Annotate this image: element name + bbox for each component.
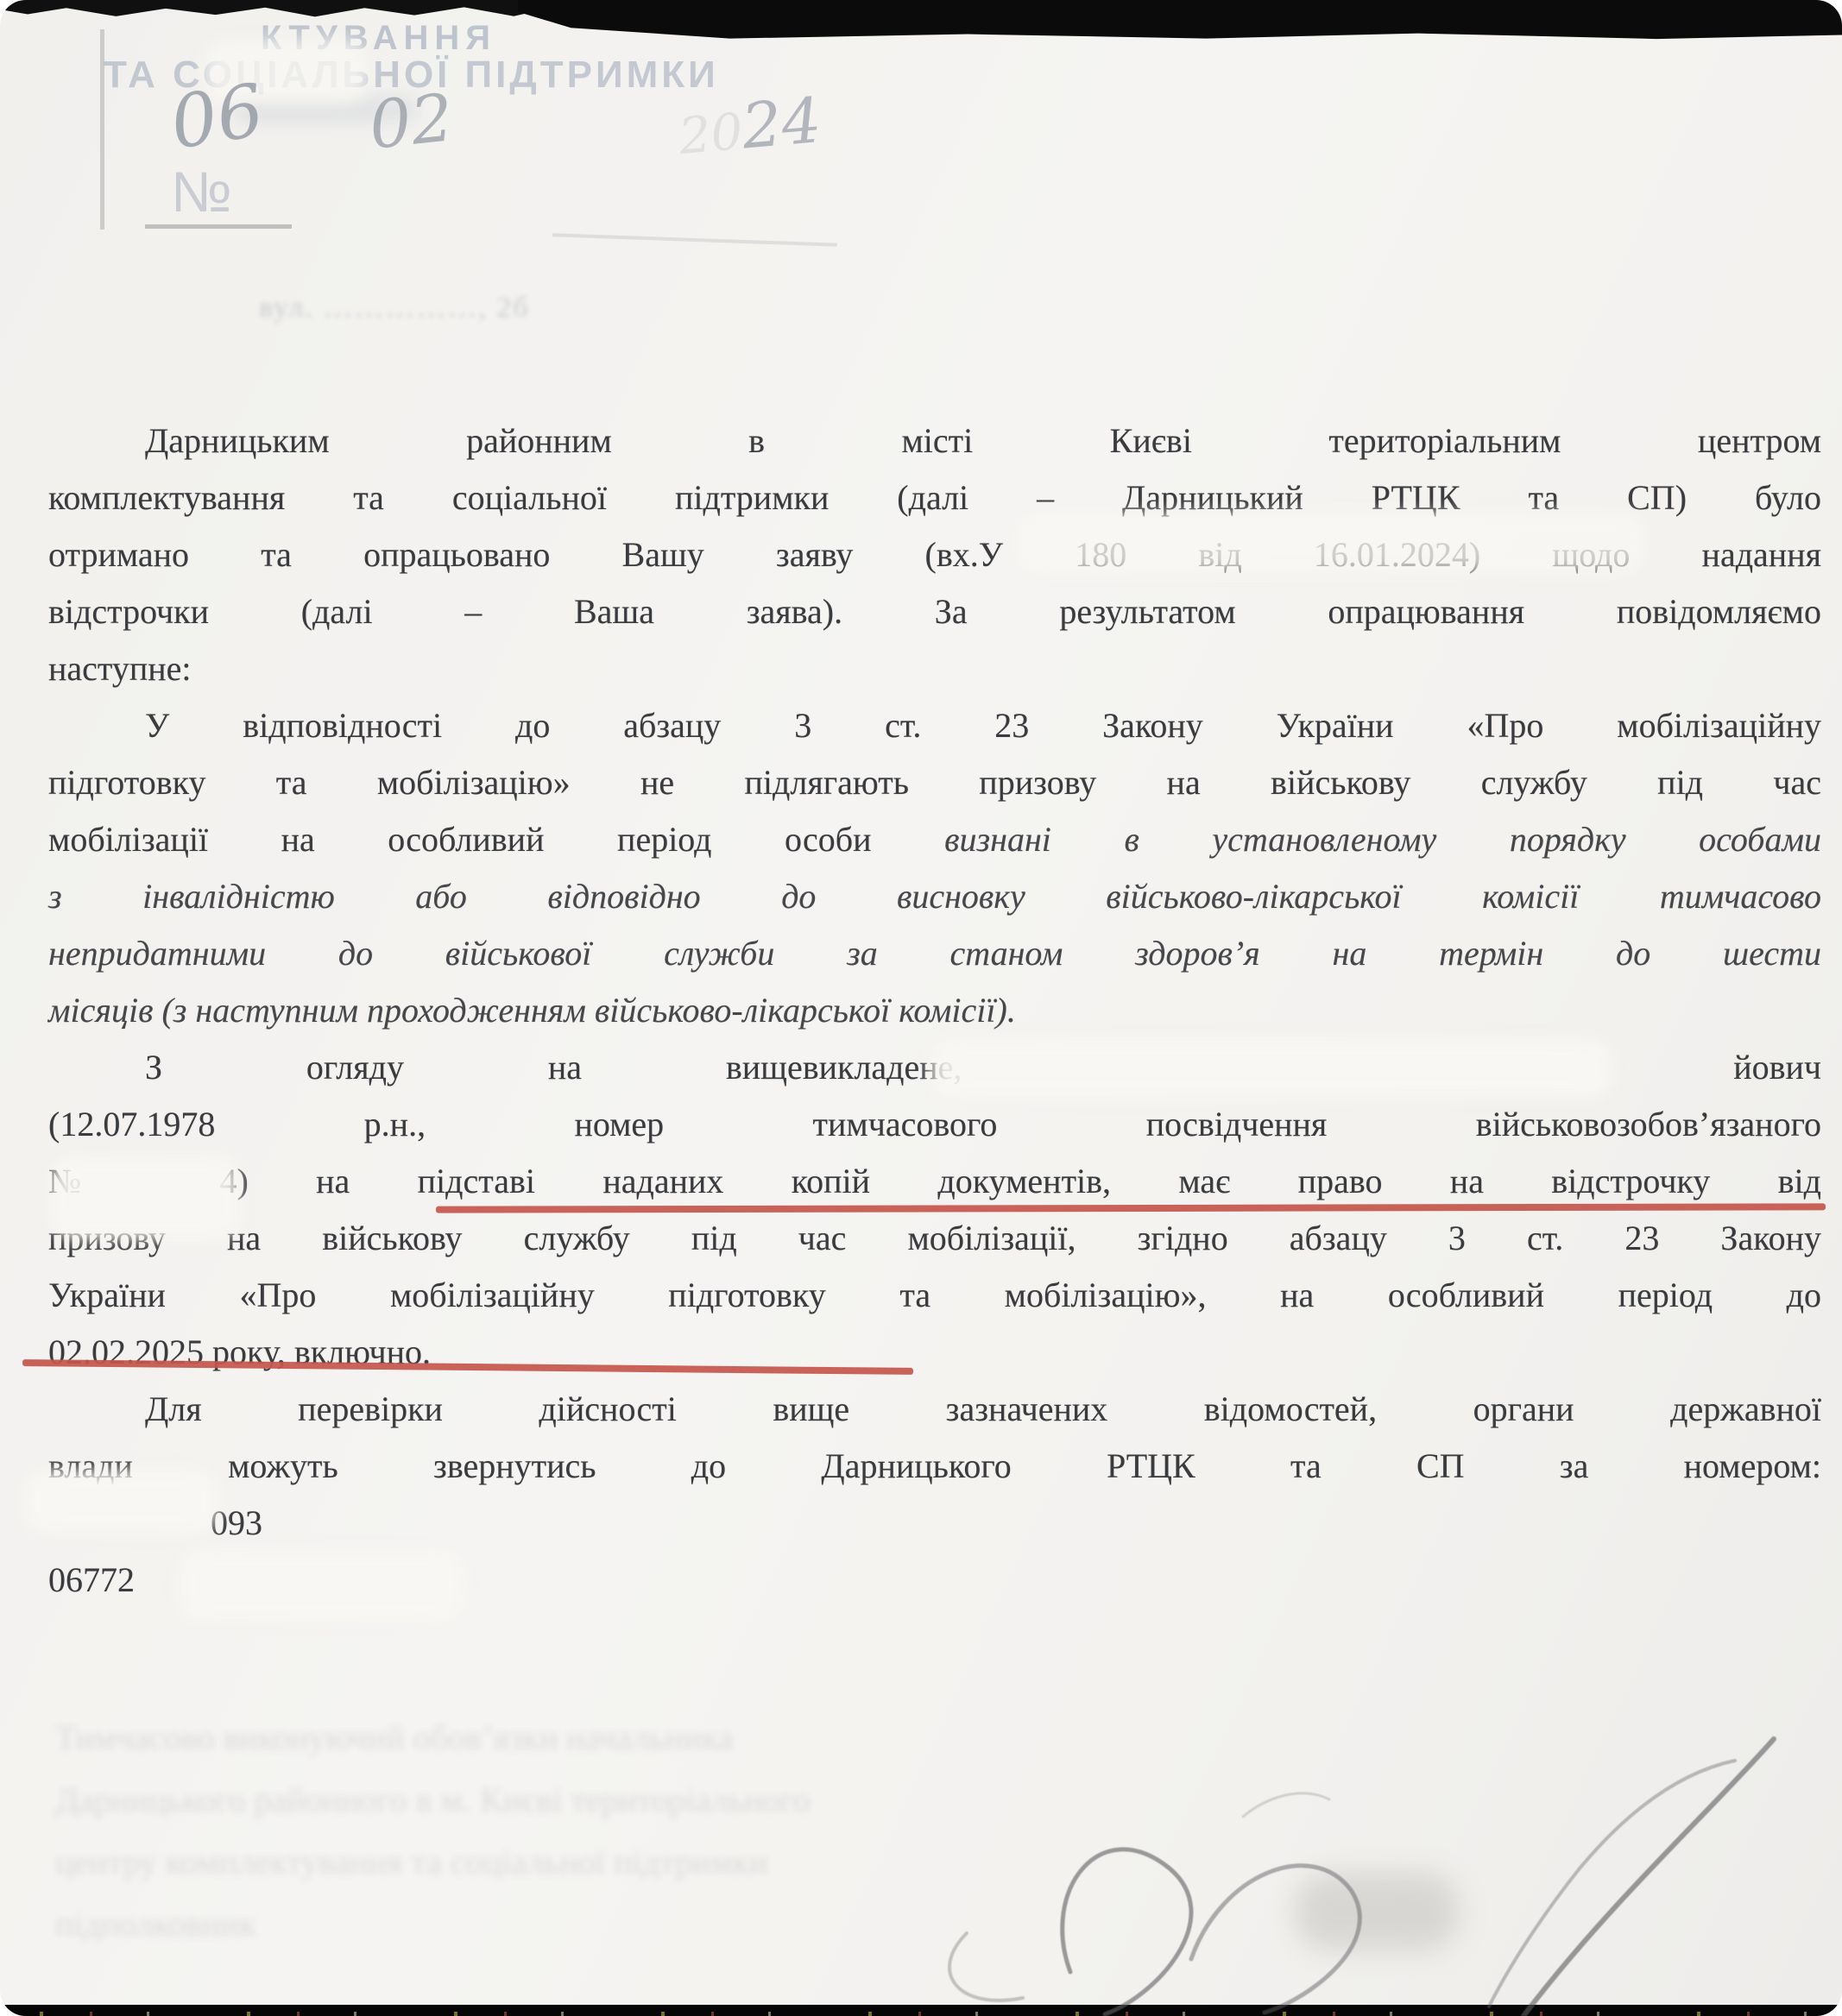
deferral-date-line: 02.02.2025 року, включно. — [48, 1324, 1821, 1381]
body-line: України «Про мобілізаційну підготовку та… — [48, 1267, 1821, 1324]
stamp-underline-2 — [552, 233, 837, 247]
handwritten-day: 06 — [165, 67, 269, 166]
letter-body: Дарницьким районним в місті Києві терито… — [48, 413, 1821, 1609]
body-segment: 4) на підставі наданих копій документів,… — [220, 1162, 1822, 1200]
phone-digits-visible: 093 — [211, 1503, 262, 1542]
redaction-smudge-phone1 — [24, 1471, 218, 1533]
redaction-smudge-certificate — [50, 1156, 240, 1239]
body-line: Для перевірки дійсності вище зазначених … — [48, 1381, 1821, 1438]
body-line: призову на військову службу під час мобі… — [48, 1210, 1821, 1267]
body-line: Дарницьким районним в місті Києві терито… — [48, 413, 1821, 469]
torn-top-edge-right — [518, 0, 1842, 40]
handwritten-year: 2024 — [676, 84, 824, 168]
document-number-label: № — [171, 159, 232, 224]
body-segment: мобілізації на особливий період особи — [48, 820, 872, 859]
signature — [708, 1713, 1804, 2016]
surname-suffix-visible: йович — [1733, 1048, 1821, 1087]
body-line: №4) на підставі наданих копій документів… — [48, 1153, 1821, 1210]
body-line-italic: непридатними до військової служби за ста… — [48, 925, 1821, 982]
printed-year-prefix: 20 — [677, 102, 745, 166]
letterhead-address-faint: вул. ……………, 2б — [259, 292, 530, 324]
body-line: влади можуть звернутись до Дарницького Р… — [48, 1438, 1821, 1495]
stamp-underline — [145, 224, 292, 229]
body-segment-italic: визнані в установленому порядку особами — [944, 820, 1821, 859]
handwritten-year-digits: 24 — [739, 84, 824, 163]
body-line: У відповідності до абзацу 3 ст. 23 Закон… — [48, 697, 1821, 754]
body-line-italic: з інвалідністю або відповідно до висновк… — [48, 868, 1821, 925]
body-line: мобілізації на особливий період особи ви… — [48, 811, 1821, 868]
body-segment: отримано та опрацьовано Вашу заяву (вх.У — [48, 535, 1003, 574]
redaction-smudge-phone2 — [180, 1550, 464, 1621]
body-line: (12.07.1978 р.н., номер тимчасового посв… — [48, 1096, 1821, 1153]
torn-top-edge-left — [0, 0, 552, 19]
body-line: відстрочки (далі – Ваша заява). За резул… — [48, 583, 1821, 640]
handwritten-month: 02 — [366, 79, 457, 164]
redaction-smudge-name — [930, 1039, 1612, 1098]
phone-line-1: 093 — [48, 1495, 1821, 1552]
scanned-document-photo: КТУВАННЯ ТА СОЦІАЛЬНОЇ ПІДТРИМКИ 06 02 2… — [0, 0, 1842, 2016]
body-line-italic: місяців (з наступним проходженням військ… — [48, 982, 1821, 1039]
body-line: наступне: — [48, 640, 1821, 697]
body-line: підготовку та мобілізацію» не підлягають… — [48, 754, 1821, 811]
redaction-smudge-reference — [1015, 513, 1645, 573]
body-segment: З огляду на вищевикладене, — [145, 1048, 962, 1087]
